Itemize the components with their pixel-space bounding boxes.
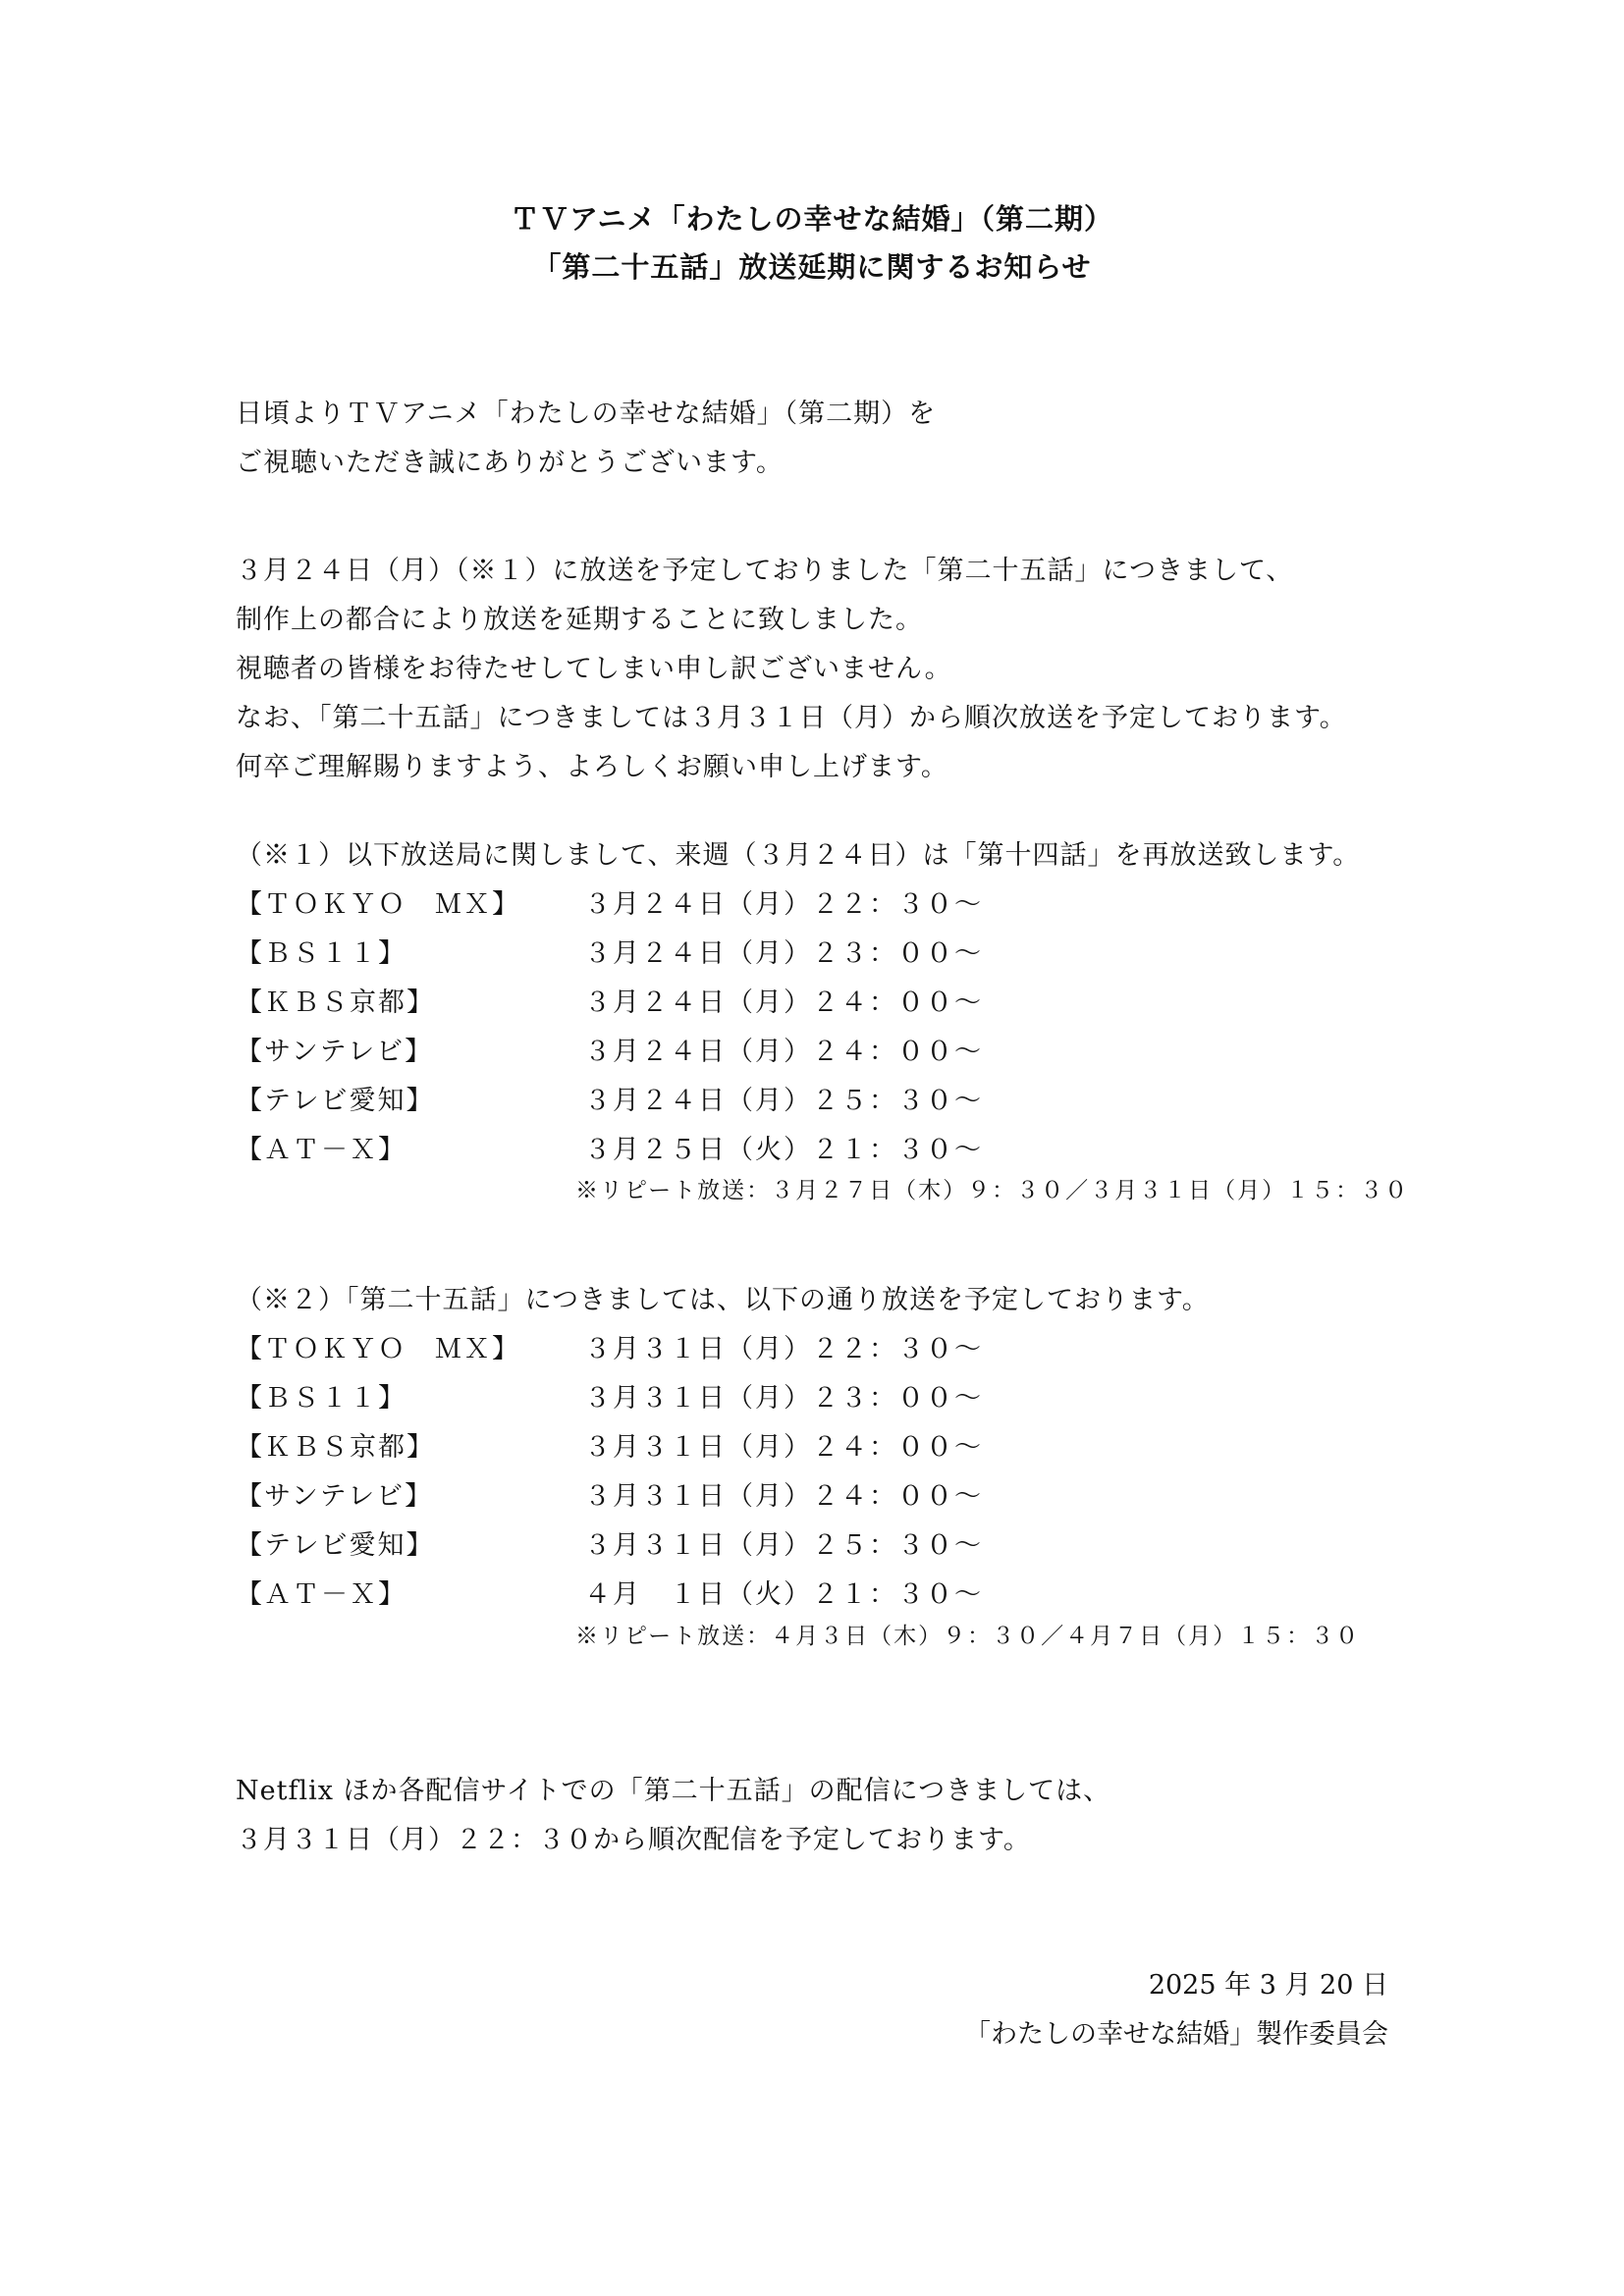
broadcast-time: ４月 １日（火）２１：３０～ (584, 1575, 983, 1615)
note2-repeat-broadcast: ※リピート放送：４月３日（木）９：３０／４月７日（月）１５：３０ (575, 1620, 1360, 1653)
station-name: 【サンテレビ】 (236, 1477, 433, 1517)
station-name: 【サンテレビ】 (236, 1033, 433, 1072)
note1-schedule-row: 【ＴＯＫＹＯ ＭＸ】 ３月２４日（月）２２：３０～ (236, 885, 1414, 925)
note1-schedule-row: 【テレビ愛知】 ３月２４日（月）２５：３０～ (236, 1082, 1414, 1121)
broadcast-time: ３月２４日（月）２５：３０～ (584, 1082, 983, 1121)
signature-issuer: 「わたしの幸せな結婚」製作委員会 (964, 2015, 1388, 2055)
broadcast-time: ３月３１日（月）２４：００～ (584, 1477, 983, 1517)
streaming-line-2: ３月３１日（月）２２：３０から順次配信を予定しております。 (236, 1821, 1031, 1860)
title-line-1: ＴＶアニメ「わたしの幸せな結婚」（第二期） (0, 199, 1624, 239)
note1-schedule-row: 【サンテレビ】 ３月２４日（月）２４：００～ (236, 1033, 1414, 1072)
announcement-line-3: 視聴者の皆様をお待たせしてしまい申し訳ございません。 (236, 650, 952, 689)
broadcast-time: ３月２５日（火）２１：３０～ (584, 1131, 983, 1170)
station-name: 【ＢＳ１１】 (236, 934, 406, 974)
note2-schedule-row: 【テレビ愛知】 ３月３１日（月）２５：３０～ (236, 1526, 1414, 1566)
note2-schedule-row: 【ＫＢＳ京都】 ３月３１日（月）２４：００～ (236, 1428, 1414, 1468)
station-name: 【テレビ愛知】 (236, 1082, 434, 1121)
broadcast-time: ３月３１日（月）２２：３０～ (584, 1330, 983, 1369)
greeting-line-2: ご視聴いただき誠にありがとうございます。 (236, 444, 784, 483)
note2-schedule-row: 【ＢＳ１１】 ３月３１日（月）２３：００～ (236, 1379, 1414, 1418)
station-name: 【ＫＢＳ京都】 (236, 984, 435, 1023)
note2-schedule-row: 【ＴＯＫＹＯ ＭＸ】 ３月３１日（月）２２：３０～ (236, 1330, 1414, 1369)
station-name: 【ＫＢＳ京都】 (236, 1428, 435, 1468)
announcement-line-2: 制作上の都合により放送を延期することに致しました。 (236, 601, 923, 640)
station-name: 【テレビ愛知】 (236, 1526, 434, 1566)
greeting-line-1: 日頃よりＴＶアニメ「わたしの幸せな結婚」（第二期）を (236, 395, 936, 434)
note2-heading: （※２）「第二十五話」につきましては、以下の通り放送を予定しております。 (236, 1281, 1210, 1320)
broadcast-time: ３月３１日（月）２５：３０～ (584, 1526, 983, 1566)
notice-page: ＴＶアニメ「わたしの幸せな結婚」（第二期） 「第二十五話」放送延期に関するお知ら… (0, 0, 1624, 2296)
title-line-2: 「第二十五話」放送延期に関するお知らせ (0, 247, 1624, 287)
signature-date: 2025 年 3 月 20 日 (1149, 1966, 1388, 2005)
announcement-line-1: ３月２４日（月）（※１）に放送を予定しておりました「第二十五話」につきまして、 (236, 552, 1293, 591)
broadcast-time: ３月２４日（月）２２：３０～ (584, 885, 983, 925)
note1-schedule-row: 【ＫＢＳ京都】 ３月２４日（月）２４：００～ (236, 984, 1414, 1023)
note2-schedule-row: 【サンテレビ】 ３月３１日（月）２４：００～ (236, 1477, 1414, 1517)
broadcast-time: ３月２４日（月）２４：００～ (584, 1033, 983, 1072)
note1-repeat-broadcast: ※リピート放送：３月２７日（木）９：３０／３月３１日（月）１５：３０ (575, 1174, 1409, 1207)
broadcast-time: ３月３１日（月）２４：００～ (584, 1428, 983, 1468)
station-name: 【ＴＯＫＹＯ ＭＸ】 (236, 885, 520, 925)
broadcast-time: ３月３１日（月）２３：００～ (584, 1379, 983, 1418)
broadcast-time: ３月２４日（月）２３：００～ (584, 934, 983, 974)
note1-schedule-row: 【ＡＴ－Ｘ】 ３月２５日（火）２１：３０～ (236, 1131, 1414, 1170)
streaming-line-1: Netflix ほか各配信サイトでの「第二十五話」の配信につきましては、 (236, 1772, 1110, 1811)
note1-heading: （※１）以下放送局に関しまして、来週（３月２４日）は「第十四話」を再放送致します… (236, 836, 1360, 876)
station-name: 【ＢＳ１１】 (236, 1379, 406, 1418)
station-name: 【ＴＯＫＹＯ ＭＸ】 (236, 1330, 520, 1369)
announcement-line-5: 何卒ご理解賜りますよう、よろしくお願い申し上げます。 (236, 748, 948, 787)
note1-schedule-row: 【ＢＳ１１】 ３月２４日（月）２３：００～ (236, 934, 1414, 974)
broadcast-time: ３月２４日（月）２４：００～ (584, 984, 983, 1023)
announcement-line-4: なお、「第二十五話」につきましては３月３１日（月）から順次放送を予定しております… (236, 699, 1347, 738)
station-name: 【ＡＴ－Ｘ】 (236, 1575, 406, 1615)
station-name: 【ＡＴ－Ｘ】 (236, 1131, 406, 1170)
note2-schedule-row: 【ＡＴ－Ｘ】 ４月 １日（火）２１：３０～ (236, 1575, 1414, 1615)
